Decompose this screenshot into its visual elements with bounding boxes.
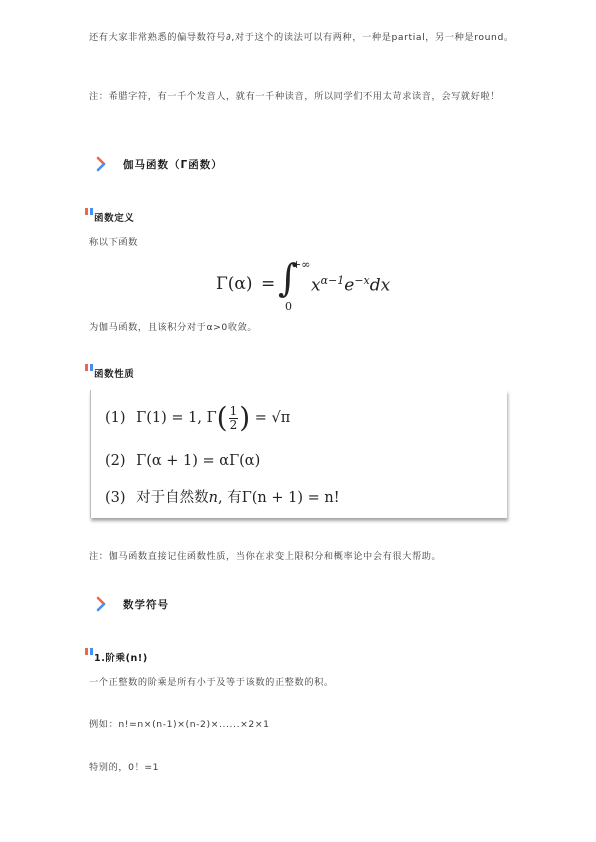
section-title: 数学符号 [123, 597, 169, 612]
formula-lhs: Γ(α) [216, 274, 253, 294]
subsection-heading-factorial: 1.阶乘(n!) [85, 648, 148, 664]
integral-upper-limit: +∞ [292, 258, 310, 271]
greek-note-paragraph: 注：希腊字符，有一千个发音人，就有一千种读音，所以同学们不用太苛求读音，会写就好… [89, 87, 519, 107]
factorial-example: 例如：n!=n×(n-1)×(n-2)×......×2×1 [89, 715, 519, 735]
factorial-special-case: 特别的，0！=1 [89, 758, 519, 778]
property-1: (1) Γ(1) = 1, Γ(12) = √π [105, 404, 290, 432]
property-3: (3) 对于自然数n, 有Γ(n + 1) = n! [105, 486, 340, 507]
heading-marker-icon [85, 208, 93, 215]
section-heading-math-symbols: 数学符号 [95, 594, 169, 614]
formula-equals: = [261, 274, 275, 294]
section-title: 伽马函数（Γ函数） [123, 157, 223, 172]
chevron-right-icon [95, 596, 109, 612]
integral-lower-limit: 0 [285, 300, 292, 313]
heading-marker-icon [85, 364, 93, 371]
gamma-properties-image: (1) Γ(1) = 1, Γ(12) = √π (2) Γ(α + 1) = … [90, 390, 507, 518]
subsection-heading-properties: 函数性质 [85, 364, 134, 380]
gamma-intro-text: 称以下函数 [89, 233, 519, 253]
gamma-after-text: 为伽马函数，且该积分对于α>0收敛。 [89, 318, 519, 338]
property-2: (2) Γ(α + 1) = αΓ(α) [105, 453, 260, 469]
subsection-title: 1.阶乘(n!) [94, 650, 148, 664]
subsection-title: 函数性质 [94, 366, 134, 380]
heading-marker-icon [85, 648, 93, 655]
section-heading-gamma: 伽马函数（Γ函数） [95, 154, 223, 174]
gamma-integral-formula: Γ(α) = ∫ +∞ 0 xα−1e−xdx [216, 258, 416, 314]
integrand: xα−1e−xdx [311, 274, 390, 296]
gamma-note-text: 注：伽马函数直接记住函数性质，当你在求变上限积分和概率论中会有很大帮助。 [89, 547, 519, 567]
partial-derivative-paragraph: 还有大家非常熟悉的偏导数符号∂,对于这个的读法可以有两种，一种是partial，… [89, 28, 519, 48]
subsection-heading-definition: 函数定义 [85, 208, 134, 224]
chevron-right-icon [95, 156, 109, 172]
subsection-title: 函数定义 [94, 210, 134, 224]
factorial-definition: 一个正整数的阶乘是所有小于及等于该数的正整数的积。 [89, 673, 519, 693]
